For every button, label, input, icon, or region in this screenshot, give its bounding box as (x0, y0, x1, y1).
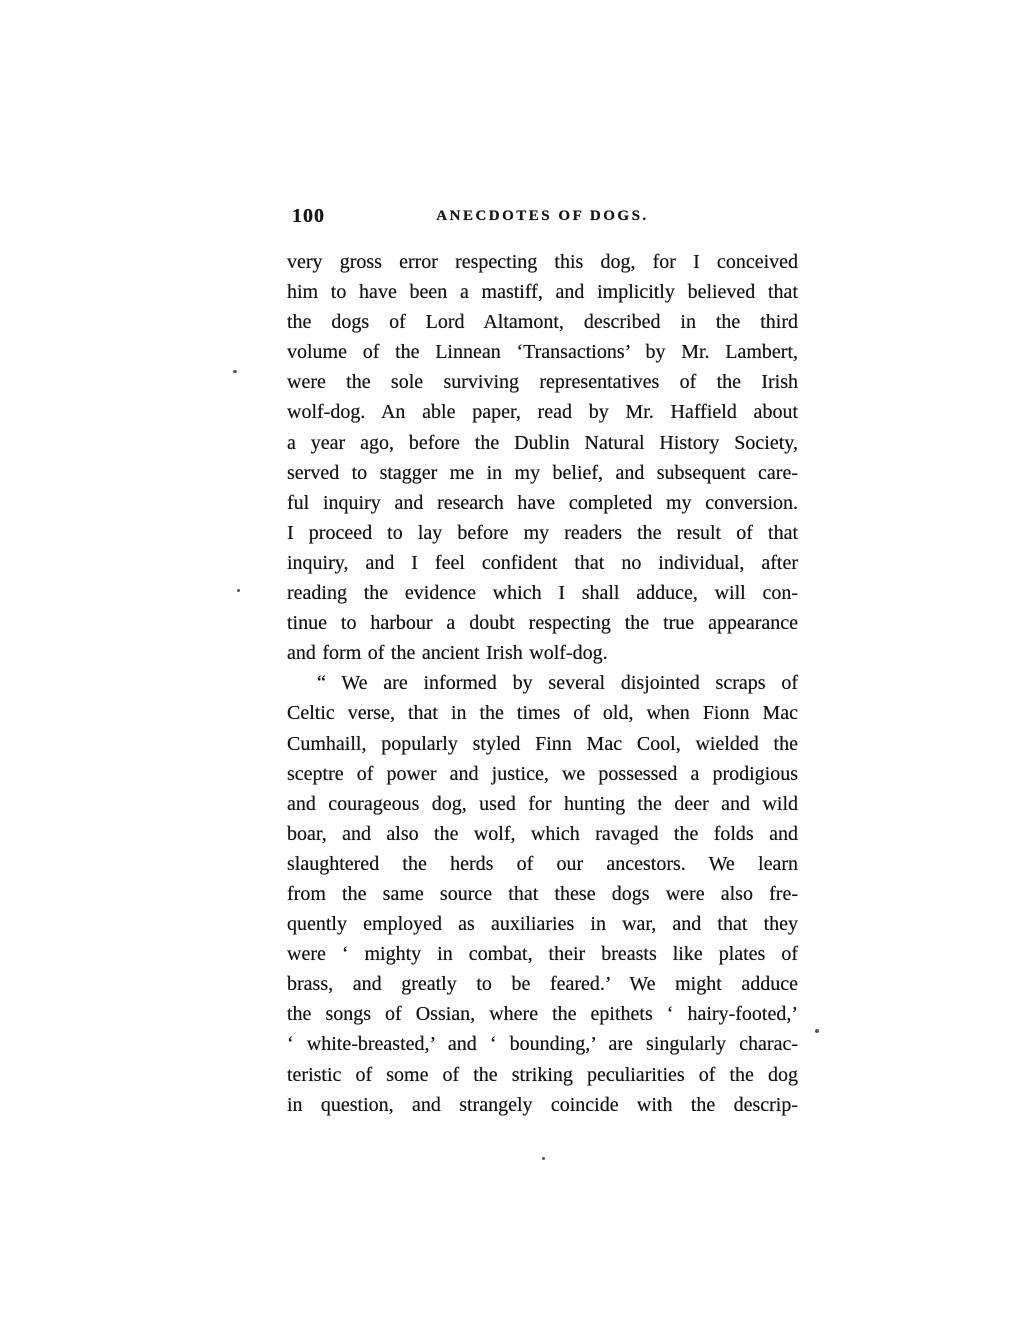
text-line: Celtic verse, that in the times of old, … (287, 698, 798, 728)
text-line: teristic of some of the striking peculia… (287, 1060, 798, 1090)
text-line: the dogs of Lord Altamont, described in … (287, 307, 798, 337)
running-title: ANECDOTES OF DOGS. (287, 208, 798, 225)
text-line: him to have been a mastiff, and implicit… (287, 277, 798, 307)
text-line: were ‘ mighty in combat, their breasts l… (287, 939, 798, 969)
text-line: from the same source that these dogs wer… (287, 879, 798, 909)
text-line: ‘ white-breasted,’ and ‘ bounding,’ are … (287, 1029, 798, 1059)
text-line: ful inquiry and research have completed … (287, 488, 798, 518)
text-line: sceptre of power and justice, we possess… (287, 759, 798, 789)
text-line: and form of the ancient Irish wolf-dog. (287, 638, 798, 668)
text-line: and courageous dog, used for hunting the… (287, 789, 798, 819)
text-line: the songs of Ossian, where the epithets … (287, 999, 798, 1029)
text-line: in question, and strangely coincide with… (287, 1090, 798, 1120)
text-line: volume of the Linnean ‘Transactions’ by … (287, 337, 798, 367)
text-line: served to stagger me in my belief, and s… (287, 458, 798, 488)
text-line: I proceed to lay before my readers the r… (287, 518, 798, 548)
text-line: tinue to harbour a doubt respecting the … (287, 608, 798, 638)
text-line: a year ago, before the Dublin Natural Hi… (287, 428, 798, 458)
text-line: quently employed as auxiliaries in war, … (287, 909, 798, 939)
text-line: Cumhaill, popularly styled Finn Mac Cool… (287, 729, 798, 759)
scan-speck (542, 1157, 545, 1160)
book-page: 100 ANECDOTES OF DOGS. very gross error … (0, 0, 1033, 1339)
running-header: 100 ANECDOTES OF DOGS. (287, 205, 798, 231)
text-line: very gross error respecting this dog, fo… (287, 247, 798, 277)
body-text: very gross error respecting this dog, fo… (287, 247, 798, 1120)
text-line: boar, and also the wolf, which ravaged t… (287, 819, 798, 849)
text-line: “ We are informed by several disjointed … (287, 668, 798, 698)
scan-speck (233, 370, 237, 373)
scan-speck (237, 589, 240, 592)
text-line: inquiry, and I feel confident that no in… (287, 548, 798, 578)
text-line: were the sole surviving representatives … (287, 367, 798, 397)
text-line: brass, and greatly to be feared.’ We mig… (287, 969, 798, 999)
text-line: reading the evidence which I shall adduc… (287, 578, 798, 608)
text-line: wolf-dog. An able paper, read by Mr. Haf… (287, 397, 798, 427)
scan-speck (815, 1029, 819, 1033)
text-line: slaughtered the herds of our ancestors. … (287, 849, 798, 879)
